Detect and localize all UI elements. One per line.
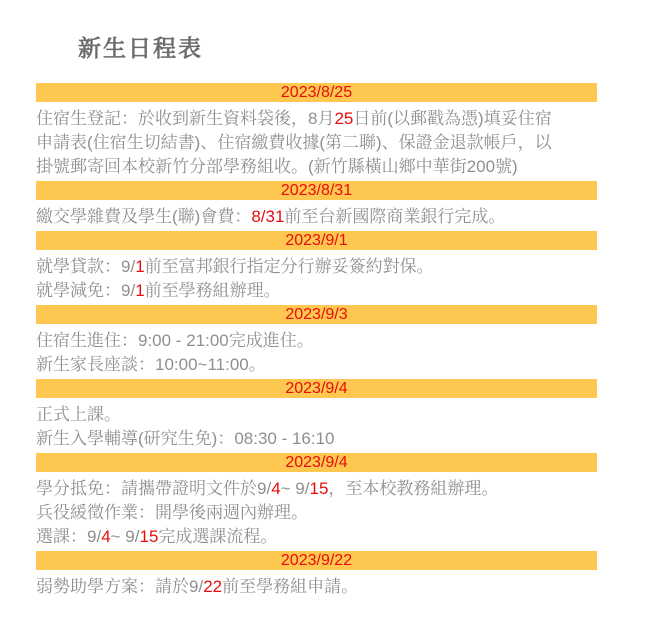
highlight-date: 22 bbox=[203, 577, 222, 596]
date-bar: 2023/9/4 bbox=[36, 379, 597, 398]
text-segment: ，至本校教務組辦理。 bbox=[328, 479, 498, 498]
date-label: 2023/9/1 bbox=[285, 232, 347, 249]
date-label: 2023/9/3 bbox=[285, 306, 347, 323]
highlight-date: 4 bbox=[271, 479, 280, 498]
text-segment: 前至學務組申請。 bbox=[222, 577, 358, 596]
text-segment: ~ 9/ bbox=[111, 527, 140, 546]
text-segment: 住宿生進住：9:00 - 21:00完成進住。 bbox=[36, 331, 314, 350]
schedule-line: 掛號郵寄回本校新竹分部學務組收。(新竹縣橫山鄉中華街200號) bbox=[36, 155, 612, 179]
text-segment: 日前(以郵戳為憑)填妥住宿 bbox=[353, 109, 551, 128]
date-bar: 2023/9/4 bbox=[36, 453, 597, 472]
schedule-section: 2023/9/4 正式上課。 新生入學輔導(研究生免)：08:30 - 16:1… bbox=[36, 379, 612, 451]
text-segment: 前至台新國際商業銀行完成。 bbox=[284, 207, 505, 226]
date-bar: 2023/9/1 bbox=[36, 231, 597, 250]
text-segment: 繳交學雜費及學生(聯)會費： bbox=[36, 207, 251, 226]
text-segment: 就學貸款：9/ bbox=[36, 257, 135, 276]
schedule-line: 選課：9/4~ 9/15完成選課流程。 bbox=[36, 525, 612, 549]
highlight-date: 25 bbox=[334, 109, 353, 128]
text-segment: 前至學務組辦理。 bbox=[145, 281, 281, 300]
schedule-line: 住宿生登記：於收到新生資料袋後，8月25日前(以郵戳為憑)填妥住宿 bbox=[36, 107, 612, 131]
schedule-line: 繳交學雜費及學生(聯)會費：8/31前至台新國際商業銀行完成。 bbox=[36, 205, 612, 229]
date-bar: 2023/8/25 bbox=[36, 83, 597, 102]
text-segment: 前至富邦銀行指定分行辦妥簽約對保。 bbox=[145, 257, 434, 276]
schedule-line: 住宿生進住：9:00 - 21:00完成進住。 bbox=[36, 329, 612, 353]
highlight-date: 4 bbox=[101, 527, 110, 546]
highlight-date: 1 bbox=[135, 281, 144, 300]
date-label: 2023/8/25 bbox=[281, 84, 352, 101]
schedule-line: 兵役緩徵作業：開學後兩週內辦理。 bbox=[36, 501, 612, 525]
text-segment: 弱勢助學方案：請於9/ bbox=[36, 577, 203, 596]
text-segment: 新生家長座談：10:00~11:00。 bbox=[36, 355, 266, 374]
schedule-line: 申請表(住宿生切結書)、住宿繳費收據(第二聯)、保證金退款帳戶，以 bbox=[36, 131, 612, 155]
schedule-section: 2023/9/22 弱勢助學方案：請於9/22前至學務組申請。 bbox=[36, 551, 612, 599]
text-segment: 住宿生登記：於收到新生資料袋後，8月 bbox=[36, 109, 334, 128]
schedule-line: 正式上課。 bbox=[36, 403, 612, 427]
schedule-section: 2023/8/25 住宿生登記：於收到新生資料袋後，8月25日前(以郵戳為憑)填… bbox=[36, 83, 612, 179]
date-label: 2023/9/4 bbox=[285, 380, 347, 397]
date-bar: 2023/8/31 bbox=[36, 181, 597, 200]
schedule-line: 弱勢助學方案：請於9/22前至學務組申請。 bbox=[36, 575, 612, 599]
schedule-section: 2023/8/31 繳交學雜費及學生(聯)會費：8/31前至台新國際商業銀行完成… bbox=[36, 181, 612, 229]
text-segment: 就學減免：9/ bbox=[36, 281, 135, 300]
text-segment: 完成選課流程。 bbox=[158, 527, 277, 546]
text-segment: 正式上課。 bbox=[36, 405, 121, 424]
schedule-line: 就學減免：9/1前至學務組辦理。 bbox=[36, 279, 612, 303]
schedule-line: 學分抵免：請攜帶證明文件於9/4~ 9/15，至本校教務組辦理。 bbox=[36, 477, 612, 501]
schedule-line: 新生入學輔導(研究生免)：08:30 - 16:10 bbox=[36, 427, 612, 451]
schedule-page: 新生日程表 2023/8/25 住宿生登記：於收到新生資料袋後，8月25日前(以… bbox=[0, 0, 648, 599]
highlight-date: 8/31 bbox=[251, 207, 284, 226]
highlight-date: 15 bbox=[310, 479, 329, 498]
schedule-line: 就學貸款：9/1前至富邦銀行指定分行辦妥簽約對保。 bbox=[36, 255, 612, 279]
text-segment: 選課：9/ bbox=[36, 527, 101, 546]
date-label: 2023/9/22 bbox=[281, 552, 352, 569]
schedule-section: 2023/9/1 就學貸款：9/1前至富邦銀行指定分行辦妥簽約對保。 就學減免：… bbox=[36, 231, 612, 303]
date-label: 2023/8/31 bbox=[281, 182, 352, 199]
text-segment: 學分抵免：請攜帶證明文件於9/ bbox=[36, 479, 271, 498]
schedule-section: 2023/9/4 學分抵免：請攜帶證明文件於9/4~ 9/15，至本校教務組辦理… bbox=[36, 453, 612, 549]
page-title: 新生日程表 bbox=[78, 34, 612, 62]
schedule-line: 新生家長座談：10:00~11:00。 bbox=[36, 353, 612, 377]
date-bar: 2023/9/3 bbox=[36, 305, 597, 324]
schedule-section: 2023/9/3 住宿生進住：9:00 - 21:00完成進住。 新生家長座談：… bbox=[36, 305, 612, 377]
text-segment: 新生入學輔導(研究生免)：08:30 - 16:10 bbox=[36, 429, 335, 448]
text-segment: 兵役緩徵作業：開學後兩週內辦理。 bbox=[36, 503, 308, 522]
date-label: 2023/9/4 bbox=[285, 454, 347, 471]
schedule-sections: 2023/8/25 住宿生登記：於收到新生資料袋後，8月25日前(以郵戳為憑)填… bbox=[36, 83, 612, 599]
text-segment: 申請表(住宿生切結書)、住宿繳費收據(第二聯)、保證金退款帳戶，以 bbox=[36, 133, 552, 152]
highlight-date: 1 bbox=[135, 257, 144, 276]
highlight-date: 15 bbox=[140, 527, 159, 546]
date-bar: 2023/9/22 bbox=[36, 551, 597, 570]
text-segment: ~ 9/ bbox=[281, 479, 310, 498]
text-segment: 掛號郵寄回本校新竹分部學務組收。(新竹縣橫山鄉中華街200號) bbox=[36, 157, 518, 176]
